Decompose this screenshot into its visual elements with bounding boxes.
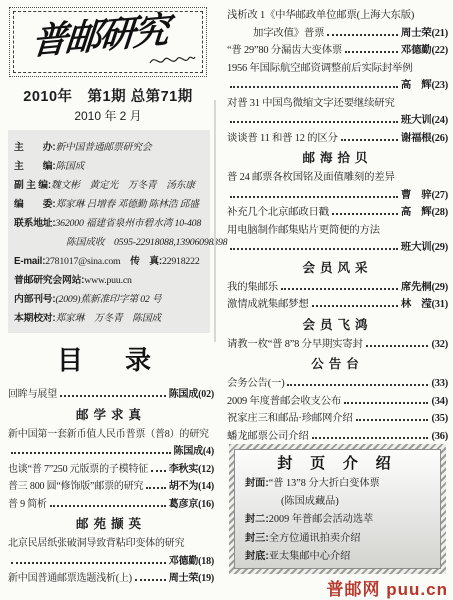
masthead-row-email-fax: E-mail:2781017@sina.com 传 真:22918222 — [14, 252, 206, 271]
dot-leader — [327, 34, 398, 36]
toc-entry-ref: 席先桐(29) — [401, 279, 448, 297]
toc-entry: 曹 骍(27) — [227, 187, 448, 205]
toc-entry: “普 29”80 分漏齿大变体票邓德勤(22) — [227, 42, 448, 60]
masthead-row-permit: 内部刊号:(2009)蕉新准印字第 02 号 — [14, 290, 206, 309]
toc-entry-title: 请教一枚“普 8”8 分早期实寄封 — [227, 336, 363, 354]
toc-entry-title: 我的集邮乐 — [227, 279, 278, 297]
dot-leader — [366, 345, 429, 347]
cover-value: (陈国成藏品) — [281, 493, 339, 511]
dot-leader — [332, 213, 398, 215]
dot-leader — [11, 452, 171, 454]
toc-entry-ref: 邓德勤(18) — [169, 553, 214, 571]
masthead-label: E-mail: — [14, 252, 45, 271]
cover-intro-inner: 封 页 介 绍 封面:“普 13”8 分大折白变体票 (陈国成藏品) 封二:20… — [234, 449, 441, 569]
dot-leader — [230, 86, 398, 88]
toc-entry: 新中国第一套新币值人民币普票（普8）的研究 — [8, 426, 214, 444]
toc-entry-ref: 胡不为(14) — [169, 478, 214, 496]
masthead-label: 本期校对: — [14, 309, 55, 328]
toc-entry-ref: 班大训(29) — [401, 239, 448, 257]
toc-entry-ref: 邓德勤(22) — [401, 42, 448, 60]
cover-label: 封面: — [245, 475, 269, 493]
toc-entry: 请教一枚“普 8”8 分早期实寄封(32) — [227, 336, 448, 354]
toc-entry: 对普 31 中国鸟微缩文字还要继续研究 — [227, 95, 448, 113]
toc-entry-title: 北京民居纸张破洞导致背粘印变体的研究 — [8, 535, 184, 553]
toc-entry-ref: 李秋实(12) — [169, 461, 214, 479]
dot-leader — [230, 248, 398, 250]
toc-entry-ref: 林 滢(31) — [401, 296, 448, 314]
toc-entry-ref: (35) — [431, 410, 448, 428]
toc-entry-ref: 谢福根(26) — [401, 130, 448, 148]
cover-value: “普 13”8 分大折白变体票 — [269, 475, 380, 493]
masthead-row-chief-editor: 主 编:陈国成 — [14, 157, 206, 176]
dot-leader — [11, 562, 166, 564]
toc-section-title: 邮海拾贝 — [227, 147, 448, 169]
toc-entry: 浅析改 1《中华邮政单位邮票(上海大东版) — [227, 7, 448, 25]
masthead-value: 362000 福建省泉州市碧水湾 10-408 — [55, 214, 201, 233]
date-line: 2010 年 2 月 — [0, 107, 216, 124]
toc-section-title: 会员飞鸿 — [227, 314, 448, 336]
masthead-value: 新中国普通邮票研究会 — [55, 138, 151, 157]
dot-leader — [60, 395, 166, 397]
toc-entry-ref: 曹 骍(27) — [401, 187, 448, 205]
toc-entry: 1956 年国际航空邮资调整前后实际封举例 — [227, 60, 448, 78]
toc-entry-title: 1956 年国际航空邮资调整前后实际封举例 — [227, 60, 412, 78]
toc-entry-ref: (34) — [431, 393, 448, 411]
cover-line-back: 封底:亚太集邮中心介绍 — [245, 548, 430, 566]
masthead-label: 联系地址: — [14, 214, 55, 233]
toc-entry: 普三 800 圆“修饰版”邮票的研究胡不为(14) — [8, 478, 214, 496]
issue-line: 2010年 第1期 总第71期 — [0, 85, 216, 106]
masthead-row-proofreaders: 本期校对:郑家琳 万冬青 陈国成 — [14, 309, 206, 328]
masthead-label: 主 办: — [14, 138, 55, 157]
toc-title: 目 录 — [0, 340, 216, 377]
masthead-value: 郑家琳 万冬青 陈国成 — [55, 309, 161, 328]
masthead-row-deputy-editors: 副 主 编:魏文彬 黄定光 万冬青 汤东康 — [14, 176, 206, 195]
site-watermark: 普邮网 puu.cn — [327, 575, 448, 600]
dot-leader — [151, 470, 166, 472]
toc-entry: 祝家庄三和邮品·珍邮网介绍(35) — [227, 410, 448, 428]
dot-leader — [356, 419, 429, 421]
masthead-value: 魏文彬 黄定光 万冬青 汤东康 — [51, 176, 195, 195]
toc-entry-title: 加字改值》普票 — [253, 25, 324, 43]
toc-entry: 班大训(24) — [227, 112, 448, 130]
toc-entry-ref: 班大训(24) — [401, 112, 448, 130]
cover-value: 2009 年普邮会活动选萃 — [269, 511, 373, 529]
toc-right-column: 浅析改 1《中华邮政单位邮票(上海大东版) 加字改值》普票周士荣(21) “普 … — [227, 7, 448, 445]
toc-entry-title: 谈谈普 11 和普 12 的区分 — [227, 130, 338, 148]
toc-entry-ref: 高 辉(28) — [401, 204, 448, 222]
cover-line-front: 封面:“普 13”8 分大折白变体票 — [245, 475, 430, 493]
toc-entry: 用电脑制作邮集贴片更简便的方法 — [227, 222, 448, 240]
toc-entry: 北京民居纸张破洞导致背粘印变体的研究 — [8, 535, 214, 553]
toc-entry-title: 回眸与展望 — [8, 386, 57, 404]
toc-entry-title: 蟠龙邮票公司介绍 — [227, 428, 309, 446]
toc-entry: 班大训(29) — [227, 239, 448, 257]
masthead-row-editorial-board: 编 委:郑家琳 吕增春 邓德勤 陈林浩 邱盛 — [14, 195, 206, 214]
toc-entry-ref: 周士荣(19) — [169, 570, 214, 588]
toc-entry-title: 祝家庄三和邮品·珍邮网介绍 — [227, 410, 353, 428]
dot-leader — [344, 402, 428, 404]
cover-label: 封二: — [245, 511, 269, 529]
dot-leader — [146, 487, 165, 489]
toc-entry-ref: 周士荣(21) — [401, 25, 448, 43]
dot-leader — [341, 139, 398, 141]
dot-leader — [281, 288, 398, 290]
toc-entry-title: 也谈“普 7”250 元版票的子模特征 — [8, 461, 148, 479]
email-address: 2781017@sina.com — [45, 252, 120, 271]
cover-intro-title: 封 页 介 绍 — [245, 453, 430, 475]
toc-left-column: 回眸与展望陈国成(02) 邮学求真 新中国第一套新币值人民币普票（普8）的研究 … — [8, 386, 214, 588]
toc-entry-title: 会务公告(一) — [227, 375, 284, 393]
toc-entry: 也谈“普 7”250 元版票的子模特征李秋实(12) — [8, 461, 214, 479]
dot-leader — [312, 305, 398, 307]
cover-value: 全方位通讯拍卖介绍 — [269, 530, 361, 548]
dot-leader — [230, 121, 398, 123]
masthead-label: 编 委: — [14, 195, 55, 214]
toc-entry-ref: 葛彦京(16) — [169, 496, 214, 514]
toc-entry: 激情成就集邮梦想林 滢(31) — [227, 296, 448, 314]
masthead-value: 陈国成收 0595-22918088,13906098398 — [66, 233, 227, 252]
toc-entry-title: 用电脑制作邮集贴片更简便的方法 — [227, 222, 380, 240]
toc-entry-title: 激情成就集邮梦想 — [227, 296, 309, 314]
toc-entry-ref: 陈国成(4) — [174, 443, 214, 461]
masthead-value: (2009)蕉新准印字第 02 号 — [55, 290, 161, 309]
website-url: www.puu.cn — [84, 271, 131, 290]
masthead-value: 陈国成 — [55, 157, 84, 176]
masthead-label: 普邮研究会网站: — [14, 271, 84, 290]
masthead-label: 传 真: — [120, 252, 161, 271]
toc-entry-title: 新中国普通邮票选题浅析(上) — [8, 570, 132, 588]
toc-entry-ref: (36) — [431, 428, 448, 446]
toc-entry: 高 辉(23) — [227, 77, 448, 95]
toc-section-title: 公告台 — [227, 353, 448, 375]
masthead-label: 内部刊号: — [14, 290, 55, 309]
toc-entry: 我的集邮乐席先桐(29) — [227, 279, 448, 297]
toc-entry: 新中国普通邮票选题浅析(上)周士荣(19) — [8, 570, 214, 588]
masthead-box: 主 办:新中国普通邮票研究会 主 编:陈国成 副 主 编:魏文彬 黄定光 万冬青… — [8, 130, 210, 333]
toc-entry: 回眸与展望陈国成(02) — [8, 386, 214, 404]
cover-intro-box: 封 页 介 绍 封面:“普 13”8 分大折白变体票 (陈国成藏品) 封二:20… — [229, 444, 446, 574]
toc-section-title: 邮学求真 — [8, 404, 214, 426]
toc-entry: 邓德勤(18) — [8, 553, 214, 571]
cover-label: 封底: — [245, 548, 269, 566]
dot-leader — [230, 196, 398, 198]
toc-entry: 普 24 邮票各枚国铭及面值雕刻的差异 — [227, 169, 448, 187]
masthead-row-address: 联系地址:362000 福建省泉州市碧水湾 10-408 — [14, 214, 206, 233]
toc-entry: 谈谈普 11 和普 12 的区分谢福根(26) — [227, 130, 448, 148]
cover-value: 亚太集邮中心介绍 — [269, 548, 351, 566]
masthead-row-website: 普邮研究会网站:www.puu.cn — [14, 271, 206, 290]
toc-entry-title: 新中国第一套新币值人民币普票（普8）的研究 — [8, 426, 209, 444]
masthead-label: 主 编: — [14, 157, 55, 176]
dot-leader — [50, 505, 166, 507]
toc-entry: 蟠龙邮票公司介绍(36) — [227, 428, 448, 446]
signature-scribble — [148, 50, 196, 70]
toc-entry-ref: 高 辉(23) — [401, 77, 448, 95]
toc-section-title: 会员风采 — [227, 257, 448, 279]
toc-entry-ref: (32) — [431, 336, 448, 354]
toc-entry-title: 2009 年度普邮会收支公布 — [227, 393, 341, 411]
masthead-value: 郑家琳 吕增春 邓德勤 陈林浩 邱盛 — [55, 195, 198, 214]
fax-number: 22918222 — [162, 252, 200, 271]
cover-line-inside-front: 封二:2009 年普邮会活动选萃 — [245, 511, 430, 529]
masthead-row-publisher: 主 办:新中国普通邮票研究会 — [14, 138, 206, 157]
dot-leader — [312, 437, 429, 439]
toc-entry-title: 普 9 简析 — [8, 496, 47, 514]
toc-entry: 加字改值》普票周士荣(21) — [227, 25, 448, 43]
toc-entry: 2009 年度普邮会收支公布(34) — [227, 393, 448, 411]
masthead-row-phone: 陈国成收 0595-22918088,13906098398 — [14, 233, 206, 252]
toc-entry-title: “普 29”80 分漏齿大变体票 — [227, 42, 342, 60]
toc-entry-ref: (33) — [431, 375, 448, 393]
column-divider — [214, 100, 216, 342]
toc-entry-title: 对普 31 中国鸟微缩文字还要继续研究 — [227, 95, 395, 113]
logo-box: 普邮研究 — [13, 11, 203, 73]
toc-entry: 补充几个北京邮政日戳高 辉(28) — [227, 204, 448, 222]
toc-entry-ref: 陈国成(02) — [169, 386, 214, 404]
cover-line-credit: (陈国成藏品) — [245, 493, 430, 511]
toc-entry: 普 9 简析葛彦京(16) — [8, 496, 214, 514]
toc-entry: 会务公告(一)(33) — [227, 375, 448, 393]
toc-entry-title: 普 24 邮票各枚国铭及面值雕刻的差异 — [227, 169, 395, 187]
toc-entry-title: 补充几个北京邮政日戳 — [227, 204, 329, 222]
journal-contents-page: 普邮研究 2010年 第1期 总第71期 2010 年 2 月 主 办:新中国普… — [0, 0, 453, 600]
cover-label: 封三: — [245, 530, 269, 548]
cover-line-inside-back: 封三:全方位通讯拍卖介绍 — [245, 530, 430, 548]
dot-leader — [345, 51, 398, 53]
toc-entry-title: 浅析改 1《中华邮政单位邮票(上海大东版) — [227, 7, 414, 25]
masthead-label: 副 主 编: — [14, 176, 51, 195]
dot-leader — [287, 384, 428, 386]
dot-leader — [135, 579, 166, 581]
toc-entry-title: 普三 800 圆“修饰版”邮票的研究 — [8, 478, 143, 496]
toc-entry: 陈国成(4) — [8, 443, 214, 461]
toc-section-title: 邮苑撷英 — [8, 513, 214, 535]
